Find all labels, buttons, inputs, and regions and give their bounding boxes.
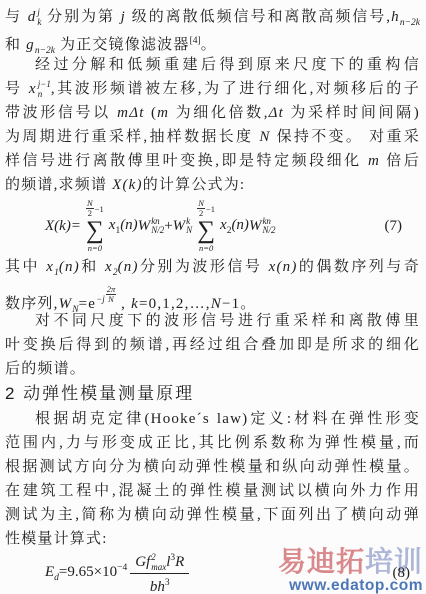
text-line: 性模量计算式: (5, 527, 420, 551)
text-line: 为周期进行重采样,抽样数据长度 N 保持不变。 对重采 (5, 125, 420, 149)
f7-arg1: (n) (120, 217, 138, 233)
f8-G: G (135, 554, 146, 570)
formula-7: X(k)= N2−1 ∑ n=0 x1(n) WknN/2 + WkN N2−1… (5, 197, 420, 255)
f8-fraction: Gf2maxl3R bh3 (130, 550, 189, 594)
f7-wk: WkN (173, 217, 193, 236)
f7-sum1-upper-limit: N2−1 (86, 199, 104, 218)
article-content: 与 djk 分别为第 j 级的离散低频信号和离散高频信号,hn−2k和 gn−2… (0, 0, 426, 594)
formula-8-number: (8) (393, 565, 411, 582)
f8-coef: 9.65×10 (67, 564, 117, 580)
f7-wk-base: W (173, 217, 186, 233)
text-line: 根据测试方向分为横向动弹性模量和纵向动弹性模量。 (5, 455, 420, 479)
f7-term2: x2(n) (220, 217, 249, 236)
f8-lhs: Ed=9.65×10−4 (45, 563, 127, 583)
f8-h: h (157, 579, 165, 594)
f7-lhs-text: X(k)= (45, 218, 81, 234)
f7-w2-base: W (249, 217, 262, 233)
text-line: 其中 x1(n)和 x2(n)分别为波形信号 x(n)的偶数序列与奇 (5, 255, 420, 279)
paragraph-block-c: 根据胡克定律(Hooke´s law)定义:材料在弹性形变范围内,力与形变成正比… (5, 407, 420, 551)
f8-f: f (146, 554, 150, 570)
f8-h-sup: 3 (165, 578, 170, 588)
f7-x2: x (220, 217, 227, 233)
f7-sum2-lower-limit: n=0 (199, 243, 213, 253)
text-line: 对不同尺度下的波形信号进行重采样和离散傅里 (5, 309, 420, 333)
text-line: 和 gn−2k 为正交镜像滤波器[4]。 (5, 29, 420, 53)
text-line: 在建筑工程中,混凝土的弹性模量测试以横向外力作用 (5, 479, 420, 503)
text-line: 经过分解和低频重建后得到原来尺度下的重构信 (5, 53, 420, 77)
text-line: 根据胡克定律(Hooke´s law)定义:材料在弹性形变 (5, 407, 420, 431)
f7-lim-tail: −1 (95, 204, 104, 214)
f7-term1: x1(n) (109, 217, 138, 236)
f8-coef-sup: −4 (117, 563, 127, 573)
text-line: 与 djk 分别为第 j 级的离散低频信号和离散高频信号,hn−2k (5, 5, 420, 29)
f7-sum2-upper-limit: N2−1 (197, 199, 215, 218)
f8-R: R (175, 554, 184, 570)
formula-8: Ed=9.65×10−4 Gf2maxl3R bh3 (8) (5, 551, 420, 594)
text-line: 样信号进行离散傅里叶变换,即是特定频段细化 m 倍后 (5, 149, 420, 173)
sigma-sum-icon: ∑ (86, 218, 104, 243)
text-line: 号 xj−1n,其波形频谱被左移,为了进行细化,对频移后的子 (5, 77, 420, 101)
f8-E: E (45, 564, 54, 580)
f7-lhs: X(k)= (45, 218, 81, 235)
text-line: 的频谱,求频谱 X(k)的计算公式为: (5, 173, 420, 197)
paragraph-block-b: 其中 x1(n)和 x2(n)分别为波形信号 x(n)的偶数序列与奇数序列,WN… (5, 255, 420, 381)
f7-w2: WknN/2 (249, 217, 276, 236)
f7-sum-2: N2−1 ∑ n=0 (197, 199, 215, 253)
sigma-sum-icon: ∑ (197, 218, 215, 243)
section-heading: 2 动弹性模量测量原理 (5, 381, 420, 407)
f7-lim-tail2: −1 (206, 204, 215, 214)
text-line: 叶变换后得到的频谱,再经过组合叠加即是所求的细化 (5, 333, 420, 357)
f7-w1-sub: N/2 (151, 226, 164, 236)
f7-plus: + (164, 218, 172, 235)
f8-f-sub: max (151, 563, 166, 573)
paragraph-block-a: 与 djk 分别为第 j 级的离散低频信号和离散高频信号,hn−2k和 gn−2… (5, 5, 420, 197)
scanned-paper-page: 易迪拓培训 www.edatop.com 与 djk 分别为第 j 级的离散低频… (0, 0, 426, 594)
f7-w1: WknN/2 (138, 217, 165, 236)
f7-sum-1: N2−1 ∑ n=0 (86, 199, 104, 253)
f8-numerator: Gf2maxl3R (130, 550, 189, 574)
f7-w2-sub: N/2 (262, 226, 275, 236)
f7-sum1-lower-limit: n=0 (88, 243, 102, 253)
text-line: 数序列,WN=e−j2πN , k=0,1,2,…,N−1。 (5, 279, 420, 309)
text-line: 测试为主,简称为横向动弹性模量,下面列出了横向动弹 (5, 503, 420, 527)
text-line: 带波形信号以 mΔt (m 为细化倍数,Δt 为采样时间间隔) (5, 101, 420, 125)
formula-7-number: (7) (385, 218, 403, 235)
f7-wk-sub: N (186, 226, 192, 236)
f7-w1-base: W (138, 217, 151, 233)
f8-denominator: bh3 (150, 574, 170, 594)
f7-arg2: (n) (231, 217, 249, 233)
text-line: 后的频谱。 (5, 357, 420, 381)
text-line: 范围内,力与形变成正比,其比例系数称为弹性模量,而 (5, 431, 420, 455)
